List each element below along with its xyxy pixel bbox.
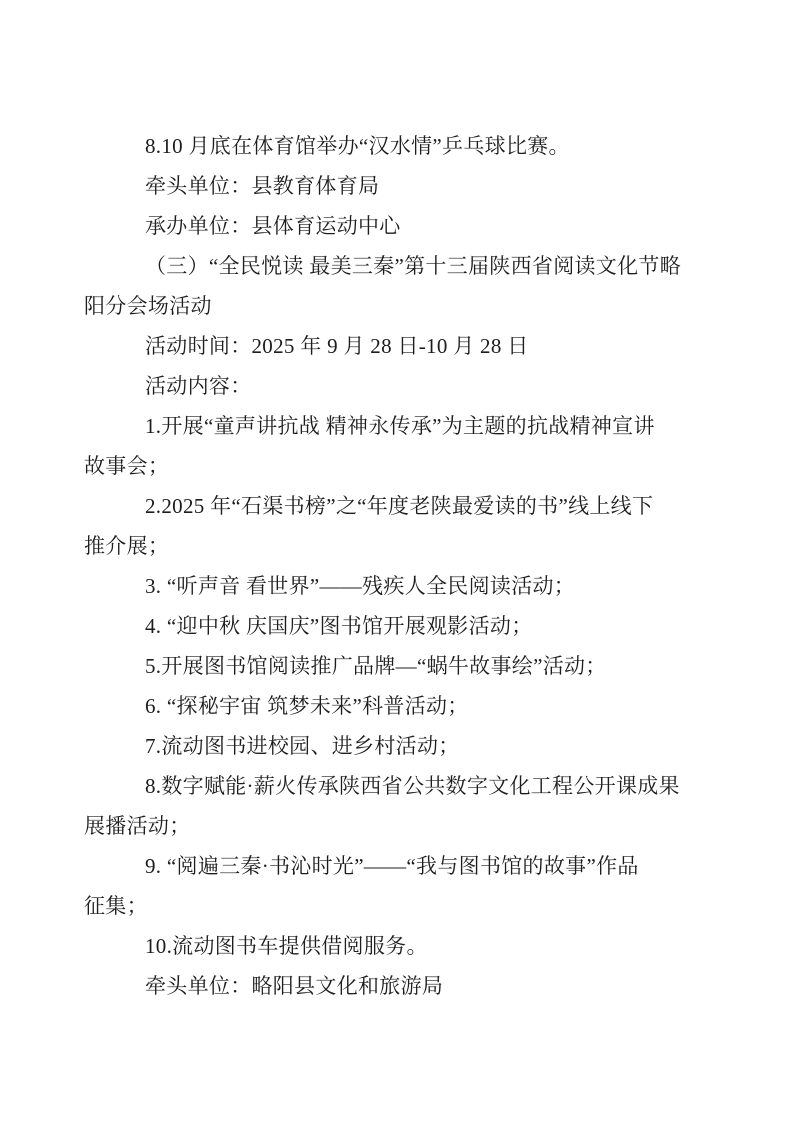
text-line: 9. “阅遍三秦·书沁时光”——“我与图书馆的故事”作品 xyxy=(84,846,709,886)
document-page: 8.10 月底在体育馆举办“汉水情”乒乓球比赛。 牵头单位：县教育体育局 承办单… xyxy=(0,0,793,1122)
text-line: 10.流动图书车提供借阅服务。 xyxy=(84,926,709,966)
text-line: 活动内容： xyxy=(84,366,709,406)
text-line: 7.流动图书进校园、进乡村活动； xyxy=(84,726,709,766)
text-line: （三）“全民悦读 最美三秦”第十三届陕西省阅读文化节略 xyxy=(84,246,709,286)
text-line: 5.开展图书馆阅读推广品牌—“蜗牛故事绘”活动； xyxy=(84,646,709,686)
text-line: 承办单位：县体育运动中心 xyxy=(84,206,709,246)
document-body: 8.10 月底在体育馆举办“汉水情”乒乓球比赛。 牵头单位：县教育体育局 承办单… xyxy=(84,126,709,1006)
text-line: 活动时间：2025 年 9 月 28 日-10 月 28 日 xyxy=(84,326,709,366)
text-line: 牵头单位：县教育体育局 xyxy=(84,166,709,206)
text-line: 3. “听声音 看世界”——残疾人全民阅读活动； xyxy=(84,566,709,606)
text-line: 牵头单位：略阳县文化和旅游局 xyxy=(84,966,709,1006)
text-line: 征集； xyxy=(84,886,709,926)
text-line: 故事会； xyxy=(84,446,709,486)
text-line: 8.数字赋能·薪火传承陕西省公共数字文化工程公开课成果 xyxy=(84,766,709,806)
text-line: 2.2025 年“石渠书榜”之“年度老陕最爱读的书”线上线下 xyxy=(84,486,709,526)
text-line: 6. “探秘宇宙 筑梦未来”科普活动； xyxy=(84,686,709,726)
text-line: 8.10 月底在体育馆举办“汉水情”乒乓球比赛。 xyxy=(84,126,709,166)
text-line: 1.开展“童声讲抗战 精神永传承”为主题的抗战精神宣讲 xyxy=(84,406,709,446)
text-line: 阳分会场活动 xyxy=(84,286,709,326)
text-line: 展播活动； xyxy=(84,806,709,846)
text-line: 推介展； xyxy=(84,526,709,566)
text-line: 4. “迎中秋 庆国庆”图书馆开展观影活动； xyxy=(84,606,709,646)
